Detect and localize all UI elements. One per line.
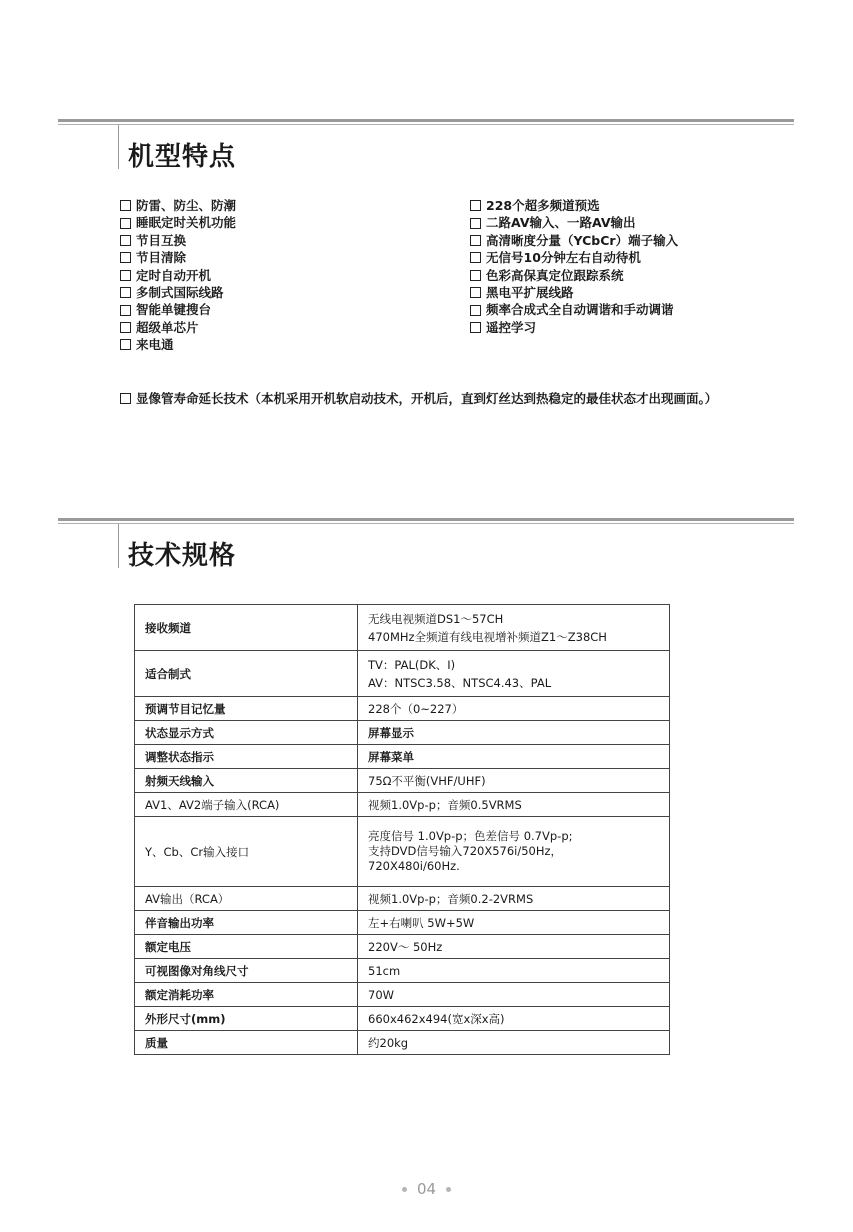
checkbox-icon (120, 322, 131, 333)
spec-value: 220V～ 50Hz (358, 935, 670, 959)
bullet-dot-icon (446, 1187, 451, 1192)
feature-item: 高清晰度分量（YCbCr）端子输入 (470, 232, 678, 249)
spec-value: 左+右喇叭 5W+5W (358, 911, 670, 935)
spec-value: 视频1.0Vp-p；音频0.2-2VRMS (358, 887, 670, 911)
feature-item: 睡眠定时关机功能 (120, 214, 236, 231)
checkbox-icon (120, 287, 131, 298)
spec-key: 适合制式 (135, 651, 358, 697)
spec-value: 228个（0~227） (358, 697, 670, 721)
spec-key: 伴音输出功率 (135, 911, 358, 935)
table-row: Y、Cb、Cr输入接口 亮度信号 1.0Vp-p；色差信号 0.7Vp-p;支持… (135, 817, 670, 887)
spec-key: AV输出（RCA） (135, 887, 358, 911)
spec-value: 约20kg (358, 1031, 670, 1055)
spec-value: 无线电视频道DS1～57CH470MHz全频道有线电视增补频道Z1～Z38CH (358, 605, 670, 651)
spec-key: 外形尺寸(mm) (135, 1007, 358, 1031)
table-row: 预调节目记忆量 228个（0~227） (135, 697, 670, 721)
feature-item: 色彩高保真定位跟踪系统 (470, 267, 678, 284)
checkbox-icon (470, 218, 481, 229)
spec-key: 调整状态指示 (135, 745, 358, 769)
checkbox-icon (470, 322, 481, 333)
feature-column-right: 228个超多频道预选 二路AV输入、一路AV输出 高清晰度分量（YCbCr）端子… (470, 197, 678, 336)
table-row: 伴音输出功率 左+右喇叭 5W+5W (135, 911, 670, 935)
checkbox-icon (120, 393, 131, 404)
feature-item: 智能单键搜台 (120, 301, 236, 318)
spec-value: TV：PAL(DK、I)AV：NTSC3.58、NTSC4.43、PAL (358, 651, 670, 697)
checkbox-icon (120, 235, 131, 246)
feature-column-left: 防雷、防尘、防潮 睡眠定时关机功能 节目互换 节目清除 定时自动开机 多制式国际… (120, 197, 236, 354)
spec-key: 预调节目记忆量 (135, 697, 358, 721)
feature-item: 超级单芯片 (120, 319, 236, 336)
checkbox-icon (120, 218, 131, 229)
feature-item: 节目互换 (120, 232, 236, 249)
section-title-specs: 技术规格 (128, 535, 236, 572)
feature-item: 节目清除 (120, 249, 236, 266)
spec-value: 亮度信号 1.0Vp-p；色差信号 0.7Vp-p;支持DVD信号输入720X5… (358, 817, 670, 887)
checkbox-icon (120, 252, 131, 263)
spec-value: 视频1.0Vp-p；音频0.5VRMS (358, 793, 670, 817)
checkbox-icon (470, 235, 481, 246)
table-row: 额定消耗功率 70W (135, 983, 670, 1007)
checkbox-icon (120, 305, 131, 316)
spec-key: 额定电压 (135, 935, 358, 959)
spec-table: 接收频道 无线电视频道DS1～57CH470MHz全频道有线电视增补频道Z1～Z… (134, 604, 670, 1055)
feature-item: 防雷、防尘、防潮 (120, 197, 236, 214)
feature-item: 遥控学习 (470, 319, 678, 336)
spec-value: 660x462x494(宽x深x高) (358, 1007, 670, 1031)
title-accent-bar (118, 524, 119, 568)
spec-value: 屏幕菜单 (358, 745, 670, 769)
spec-key: AV1、AV2端子输入(RCA) (135, 793, 358, 817)
section-title-features: 机型特点 (128, 136, 236, 173)
table-row: 接收频道 无线电视频道DS1～57CH470MHz全频道有线电视增补频道Z1～Z… (135, 605, 670, 651)
feature-item: 二路AV输入、一路AV输出 (470, 214, 678, 231)
checkbox-icon (470, 252, 481, 263)
title-accent-bar (118, 125, 119, 169)
checkbox-icon (120, 339, 131, 350)
spec-key: 可视图像对角线尺寸 (135, 959, 358, 983)
checkbox-icon (470, 287, 481, 298)
section-divider-specs (58, 518, 794, 524)
feature-item: 无信号10分钟左右自动待机 (470, 249, 678, 266)
feature-item: 来电通 (120, 336, 236, 353)
table-row: 外形尺寸(mm) 660x462x494(宽x深x高) (135, 1007, 670, 1031)
feature-item: 228个超多频道预选 (470, 197, 678, 214)
spec-value: 51cm (358, 959, 670, 983)
table-row: AV输出（RCA） 视频1.0Vp-p；音频0.2-2VRMS (135, 887, 670, 911)
feature-item: 频率合成式全自动调谐和手动调谐 (470, 301, 678, 318)
feature-item: 黑电平扩展线路 (470, 284, 678, 301)
table-row: AV1、AV2端子输入(RCA) 视频1.0Vp-p；音频0.5VRMS (135, 793, 670, 817)
bullet-dot-icon (402, 1187, 407, 1192)
checkbox-icon (470, 305, 481, 316)
page-number: 04 (0, 1180, 853, 1198)
table-row: 质量 约20kg (135, 1031, 670, 1055)
feature-item: 定时自动开机 (120, 267, 236, 284)
spec-value: 75Ω不平衡(VHF/UHF) (358, 769, 670, 793)
table-row: 额定电压 220V～ 50Hz (135, 935, 670, 959)
feature-item: 多制式国际线路 (120, 284, 236, 301)
checkbox-icon (470, 270, 481, 281)
checkbox-icon (120, 200, 131, 211)
section-divider-features (58, 119, 794, 125)
spec-key: 质量 (135, 1031, 358, 1055)
spec-key: 射频天线输入 (135, 769, 358, 793)
table-row: 射频天线输入 75Ω不平衡(VHF/UHF) (135, 769, 670, 793)
table-row: 调整状态指示 屏幕菜单 (135, 745, 670, 769)
table-row: 可视图像对角线尺寸 51cm (135, 959, 670, 983)
checkbox-icon (470, 200, 481, 211)
feature-item-long: 显像管寿命延长技术（本机采用开机软启动技术，开机后，直到灯丝达到热稳定的最佳状态… (120, 389, 810, 408)
spec-key: Y、Cb、Cr输入接口 (135, 817, 358, 887)
spec-value: 70W (358, 983, 670, 1007)
spec-key: 额定消耗功率 (135, 983, 358, 1007)
table-row: 状态显示方式 屏幕显示 (135, 721, 670, 745)
spec-key: 接收频道 (135, 605, 358, 651)
checkbox-icon (120, 270, 131, 281)
table-row: 适合制式 TV：PAL(DK、I)AV：NTSC3.58、NTSC4.43、PA… (135, 651, 670, 697)
spec-key: 状态显示方式 (135, 721, 358, 745)
spec-value: 屏幕显示 (358, 721, 670, 745)
